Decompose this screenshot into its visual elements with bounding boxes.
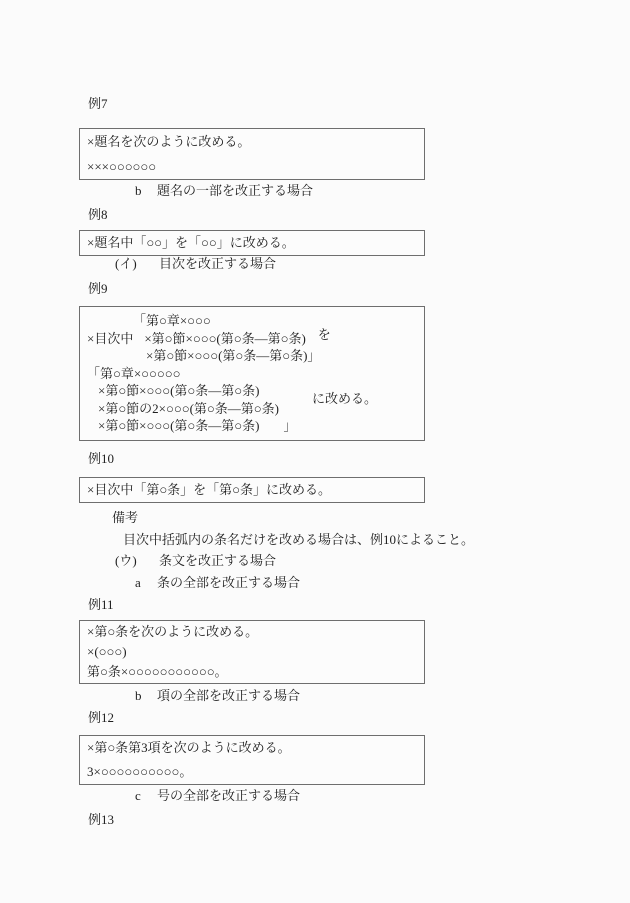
toc-old-line2: ×目次中×第○節×○○○(第○条―第○条)を	[87, 330, 417, 348]
caption-a-text: 条の全部を改正する場合	[157, 575, 300, 590]
caption-b-title-part: b題名の一部を改正する場合	[135, 183, 630, 199]
remark-heading: 備考	[112, 510, 630, 526]
toc-target-label: ×目次中	[87, 330, 133, 348]
example7-line1: ×題名を次のように改める。	[87, 129, 417, 154]
example12-box: ×第○条第3項を次のように改める。 3×○○○○○○○○○○。	[79, 735, 425, 785]
caption-c-item-all: c号の全部を改正する場合	[135, 788, 630, 804]
example12-label: 例12	[88, 710, 630, 726]
toc-close-bracket: 」	[283, 418, 296, 433]
caption-c-marker: c	[135, 788, 157, 804]
caption-b-para-text: 項の全部を改正する場合	[157, 688, 300, 703]
example9-box: 「第○章×○○○ ×目次中×第○節×○○○(第○条―第○条)を ×第○節×○○○…	[79, 306, 425, 441]
caption-a-article-all: a条の全部を改正する場合	[135, 575, 630, 591]
example8-label: 例8	[88, 207, 630, 223]
caption-b-title-marker: b	[135, 183, 157, 199]
example13-label: 例13	[88, 812, 630, 828]
example11-line1: ×第○条を次のように改める。	[87, 622, 417, 642]
example9-label: 例9	[88, 281, 630, 297]
caption-toc-text: 目次を改正する場合	[159, 256, 276, 271]
toc-new-line4: ×第○節×○○○(第○条―第○条)」	[87, 417, 417, 435]
example8-box: ×題名中「○○」を「○○」に改める。	[79, 230, 425, 256]
example11-line3: 第○条×○○○○○○○○○○○。	[87, 662, 417, 682]
caption-article-amend: (ウ)条文を改正する場合	[115, 553, 630, 569]
caption-b-para-all: b項の全部を改正する場合	[135, 688, 630, 704]
caption-b-para-marker: b	[135, 688, 157, 704]
caption-toc-marker: (イ)	[115, 256, 159, 272]
example11-line2: ×(○○○)	[87, 642, 417, 662]
example10-label: 例10	[88, 451, 630, 467]
example11-box: ×第○条を次のように改める。 ×(○○○) 第○条×○○○○○○○○○○○。	[79, 620, 425, 684]
caption-a-marker: a	[135, 575, 157, 591]
remark-body: 目次中括弧内の条名だけを改める場合は、例10によること。	[123, 532, 630, 548]
example7-label: 例7	[88, 96, 630, 112]
toc-old-line2-body: ×第○節×○○○(第○条―第○条)	[144, 331, 305, 346]
caption-article-text: 条文を改正する場合	[159, 553, 276, 568]
example7-box: ×題名を次のように改める。 ×××○○○○○○	[79, 128, 425, 180]
example10-line1: ×目次中「第○条」を「第○条」に改める。	[87, 478, 417, 502]
toc-new-line1: 「第○章×○○○○○	[87, 365, 417, 383]
example12-line2: 3×○○○○○○○○○○。	[87, 760, 417, 784]
caption-b-title-text: 題名の一部を改正する場合	[157, 183, 313, 198]
toc-new-line4-body: ×第○節×○○○(第○条―第○条)	[98, 418, 259, 433]
toc-amend-phrase: に改める。	[312, 391, 377, 407]
toc-old-line3: ×第○節×○○○(第○条―第○条)」	[87, 347, 417, 365]
toc-old-line1: 「第○章×○○○	[87, 312, 417, 330]
toc-particle-wo: を	[318, 327, 331, 342]
example8-line1: ×題名中「○○」を「○○」に改める。	[87, 231, 417, 255]
caption-toc-amend: (イ)目次を改正する場合	[115, 256, 630, 272]
example10-box: ×目次中「第○条」を「第○条」に改める。	[79, 477, 425, 503]
example12-line1: ×第○条第3項を次のように改める。	[87, 736, 417, 760]
example7-line2: ×××○○○○○○	[87, 154, 417, 179]
caption-c-text: 号の全部を改正する場合	[157, 788, 300, 803]
example11-label: 例11	[88, 597, 630, 613]
document-page: 例7 ×題名を次のように改める。 ×××○○○○○○ b題名の一部を改正する場合…	[0, 0, 630, 903]
caption-article-marker: (ウ)	[115, 553, 159, 569]
